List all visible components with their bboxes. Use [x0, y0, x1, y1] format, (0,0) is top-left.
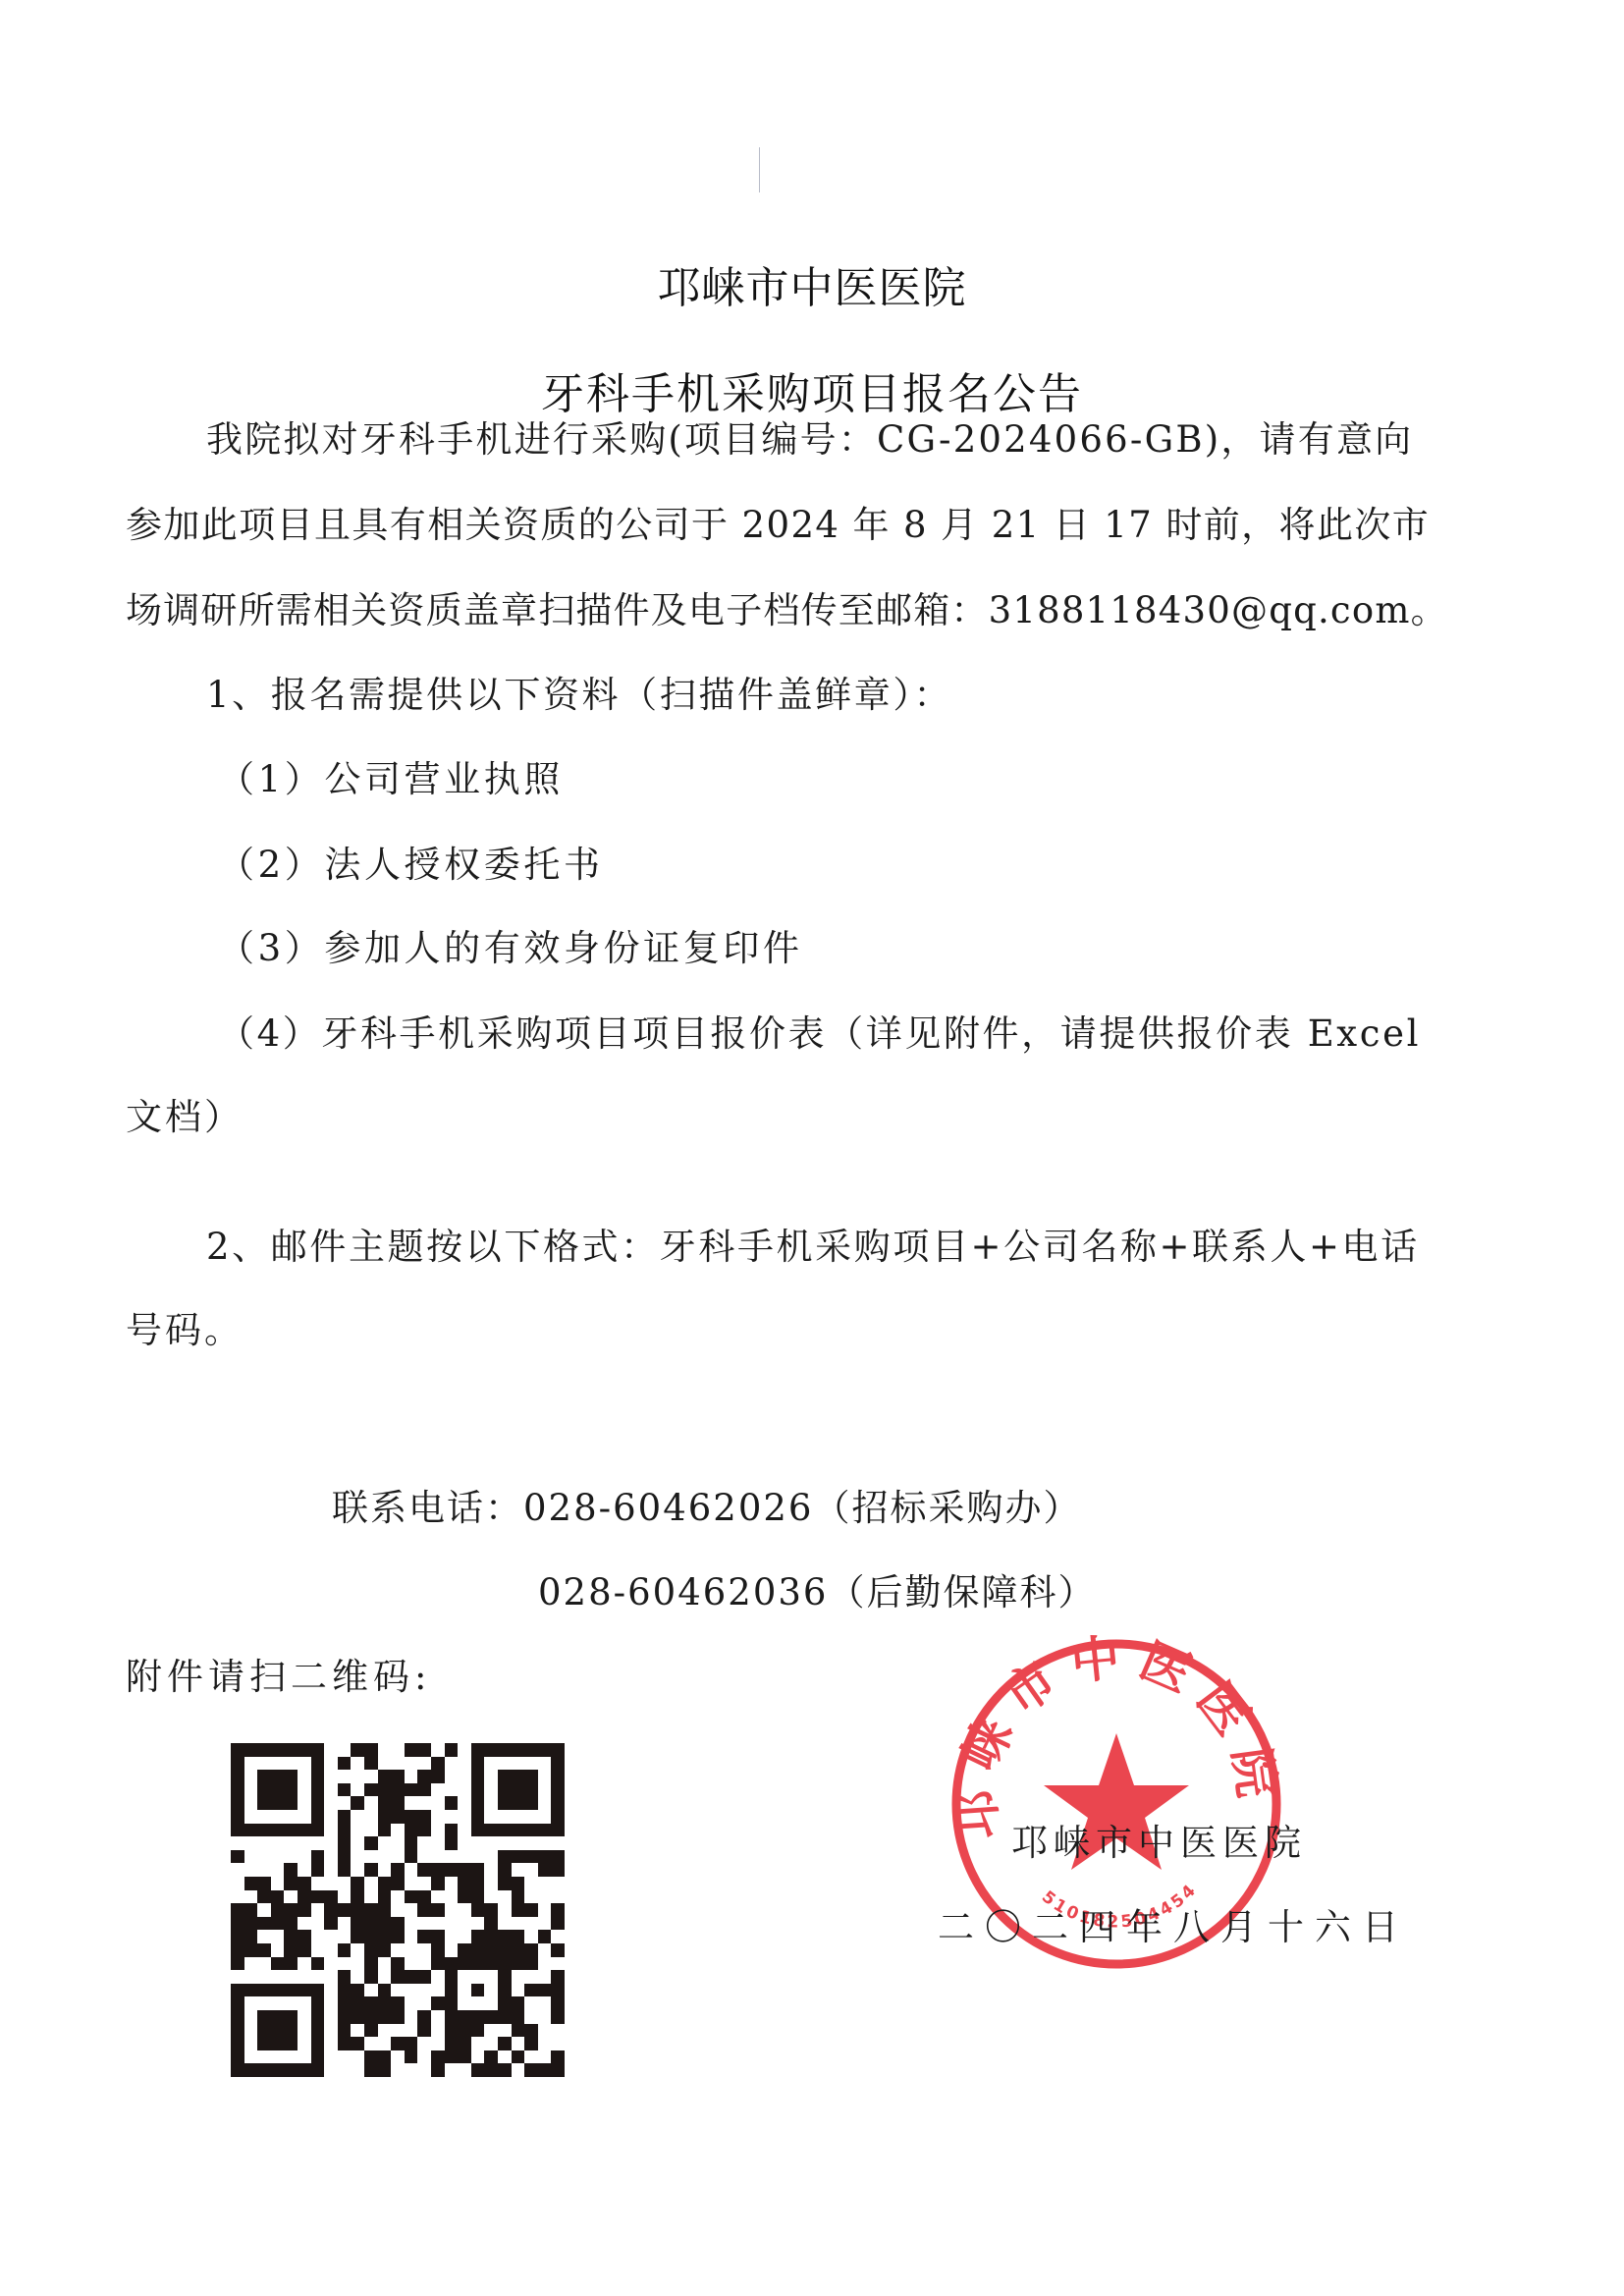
email-subject-format-continuation: 号码。 — [126, 1300, 244, 1353]
requirement-item-4: （4）牙科手机采购项目项目报价表（详见附件，请提供报价表 Excel — [218, 1004, 1421, 1057]
attachment-label: 附件请扫二维码: — [126, 1647, 431, 1700]
requirements-heading: 1、报名需提供以下资料（扫描件盖鲜章）： — [206, 665, 952, 718]
paragraph-line-2: 参加此项目且具有相关资质的公司于 2024 年 8 月 21 日 17 时前，将… — [126, 495, 1430, 548]
requirement-item-4-continuation: 文档） — [126, 1087, 244, 1140]
requirement-item-3: （3）参加人的有效身份证复印件 — [218, 918, 803, 971]
contact-phone-2: 028-60462036（后勤保障科） — [538, 1562, 1096, 1615]
paragraph-line-1: 我院拟对牙科手机进行采购(项目编号：CG-2024066-GB)，请有意向 — [206, 410, 1413, 463]
org-title: 邛崃市中医医院 — [0, 252, 1624, 315]
signature-date: 二〇二四年八月十六日 — [938, 1897, 1409, 1950]
paragraph-line-3: 场调研所需相关资质盖章扫描件及电子档传至邮箱：3188118430@qq.com… — [126, 580, 1448, 633]
signature-organization: 邛崃市中医医院 — [1011, 1813, 1307, 1866]
attachment-qr-code[interactable] — [231, 1743, 565, 2077]
email-subject-format: 2、邮件主题按以下格式：牙科手机采购项目+公司名称+联系人+电话 — [206, 1217, 1420, 1270]
contact-phone-1: 联系电话：028-60462026（招标采购办） — [332, 1478, 1081, 1531]
requirement-item-1: （1）公司营业执照 — [218, 749, 564, 802]
requirement-item-2: （2）法人授权委托书 — [218, 835, 604, 888]
scan-artifact-line — [759, 147, 760, 192]
